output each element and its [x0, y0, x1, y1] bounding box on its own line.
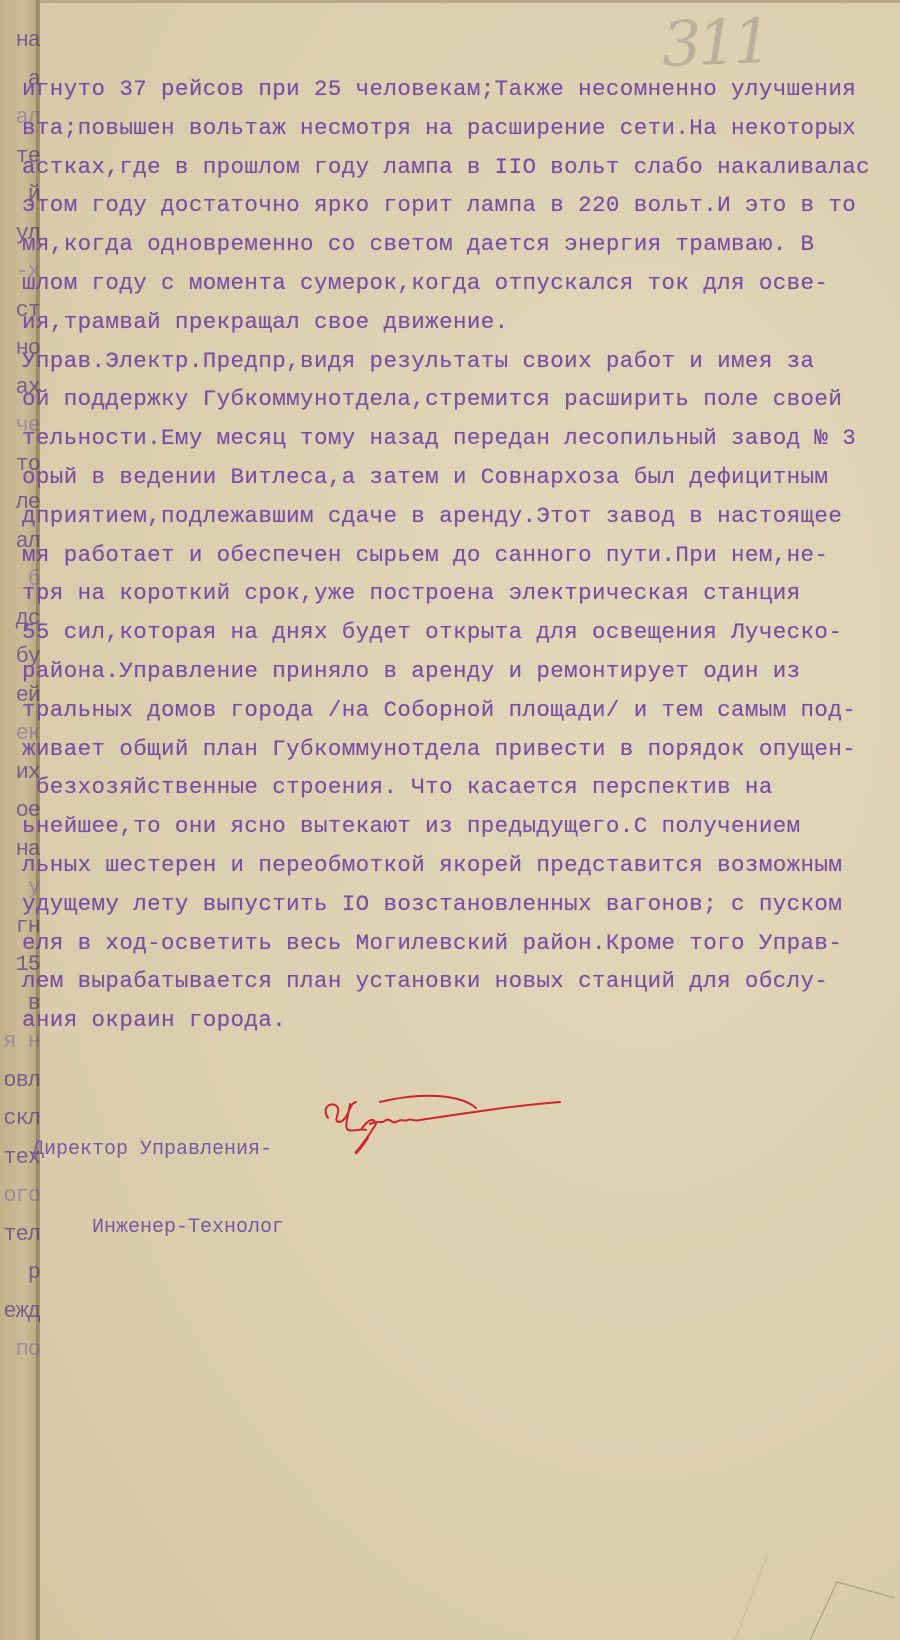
text-line: льных шестерен и переобмоткой якорей пре… — [22, 846, 900, 885]
document-sheet: 311 игнуто 37 рейсов при 25 человекам;Та… — [40, 0, 900, 1640]
text-line: ьнейшее,то они ясно вытекают из предыдущ… — [22, 807, 900, 846]
signature-block: Директор Управления- Инженер-Технолог — [32, 1085, 284, 1293]
text-line: удущему лету выпустить IO возстановленны… — [22, 885, 900, 924]
underlying-text-fragment: на — [0, 28, 40, 53]
handwritten-signature — [310, 1088, 570, 1158]
text-line: живает общий план Губкоммунотдела привес… — [22, 730, 900, 769]
text-line: ия,трамвай прекращал свое движение. — [22, 303, 900, 342]
text-line: 55 сил,которая на днях будет открыта для… — [22, 613, 900, 652]
text-line: Управ.Электр.Предпр,видя результаты свои… — [22, 342, 900, 381]
signer-title-line-2: Инженер-Технолог — [32, 1215, 284, 1241]
text-line: тря на короткий срок,уже построена элект… — [22, 574, 900, 613]
text-line: вта;повышен вольтаж несмотря на расширен… — [22, 109, 900, 148]
signer-title-line-1: Директор Управления- — [32, 1137, 284, 1163]
text-line: шлом году с момента сумерок,когда отпуск… — [22, 264, 900, 303]
text-line: лем вырабатывается план установки новых … — [22, 962, 900, 1001]
text-line: ания окраин города. — [22, 1001, 900, 1040]
text-line: игнуто 37 рейсов при 25 человекам;Также … — [22, 70, 900, 109]
underlying-text-fragment: по — [0, 1337, 40, 1362]
text-line: астках,где в прошлом году лампа в IIO во… — [22, 148, 900, 187]
text-line: этом году достаточно ярко горит лампа в … — [22, 186, 900, 225]
document-body: игнуто 37 рейсов при 25 человекам;Также … — [22, 70, 900, 1040]
underlying-text-fragment: ежд — [0, 1299, 40, 1324]
text-line: района.Управление приняло в аренду и рем… — [22, 652, 900, 691]
text-line: мя,когда одновременно со светом дается э… — [22, 225, 900, 264]
sheet-edge — [40, 0, 900, 3]
text-line: еля в ход-осветить весь Могилевский райо… — [22, 924, 900, 963]
text-line: мя работает и обеспечен сырьем до санног… — [22, 536, 900, 575]
text-line: дприятием,подлежавшим сдаче в аренду.Это… — [22, 497, 900, 536]
text-line: орый в ведении Витлеса,а затем и Совнарх… — [22, 458, 900, 497]
text-line: ой поддержку Губкоммунотдела,стремится р… — [22, 380, 900, 419]
text-line: безхозяйственные строения. Что касается … — [22, 768, 900, 807]
text-line: тельности.Ему месяц тому назад передан л… — [22, 419, 900, 458]
text-line: тральных домов города /на Соборной площа… — [22, 691, 900, 730]
